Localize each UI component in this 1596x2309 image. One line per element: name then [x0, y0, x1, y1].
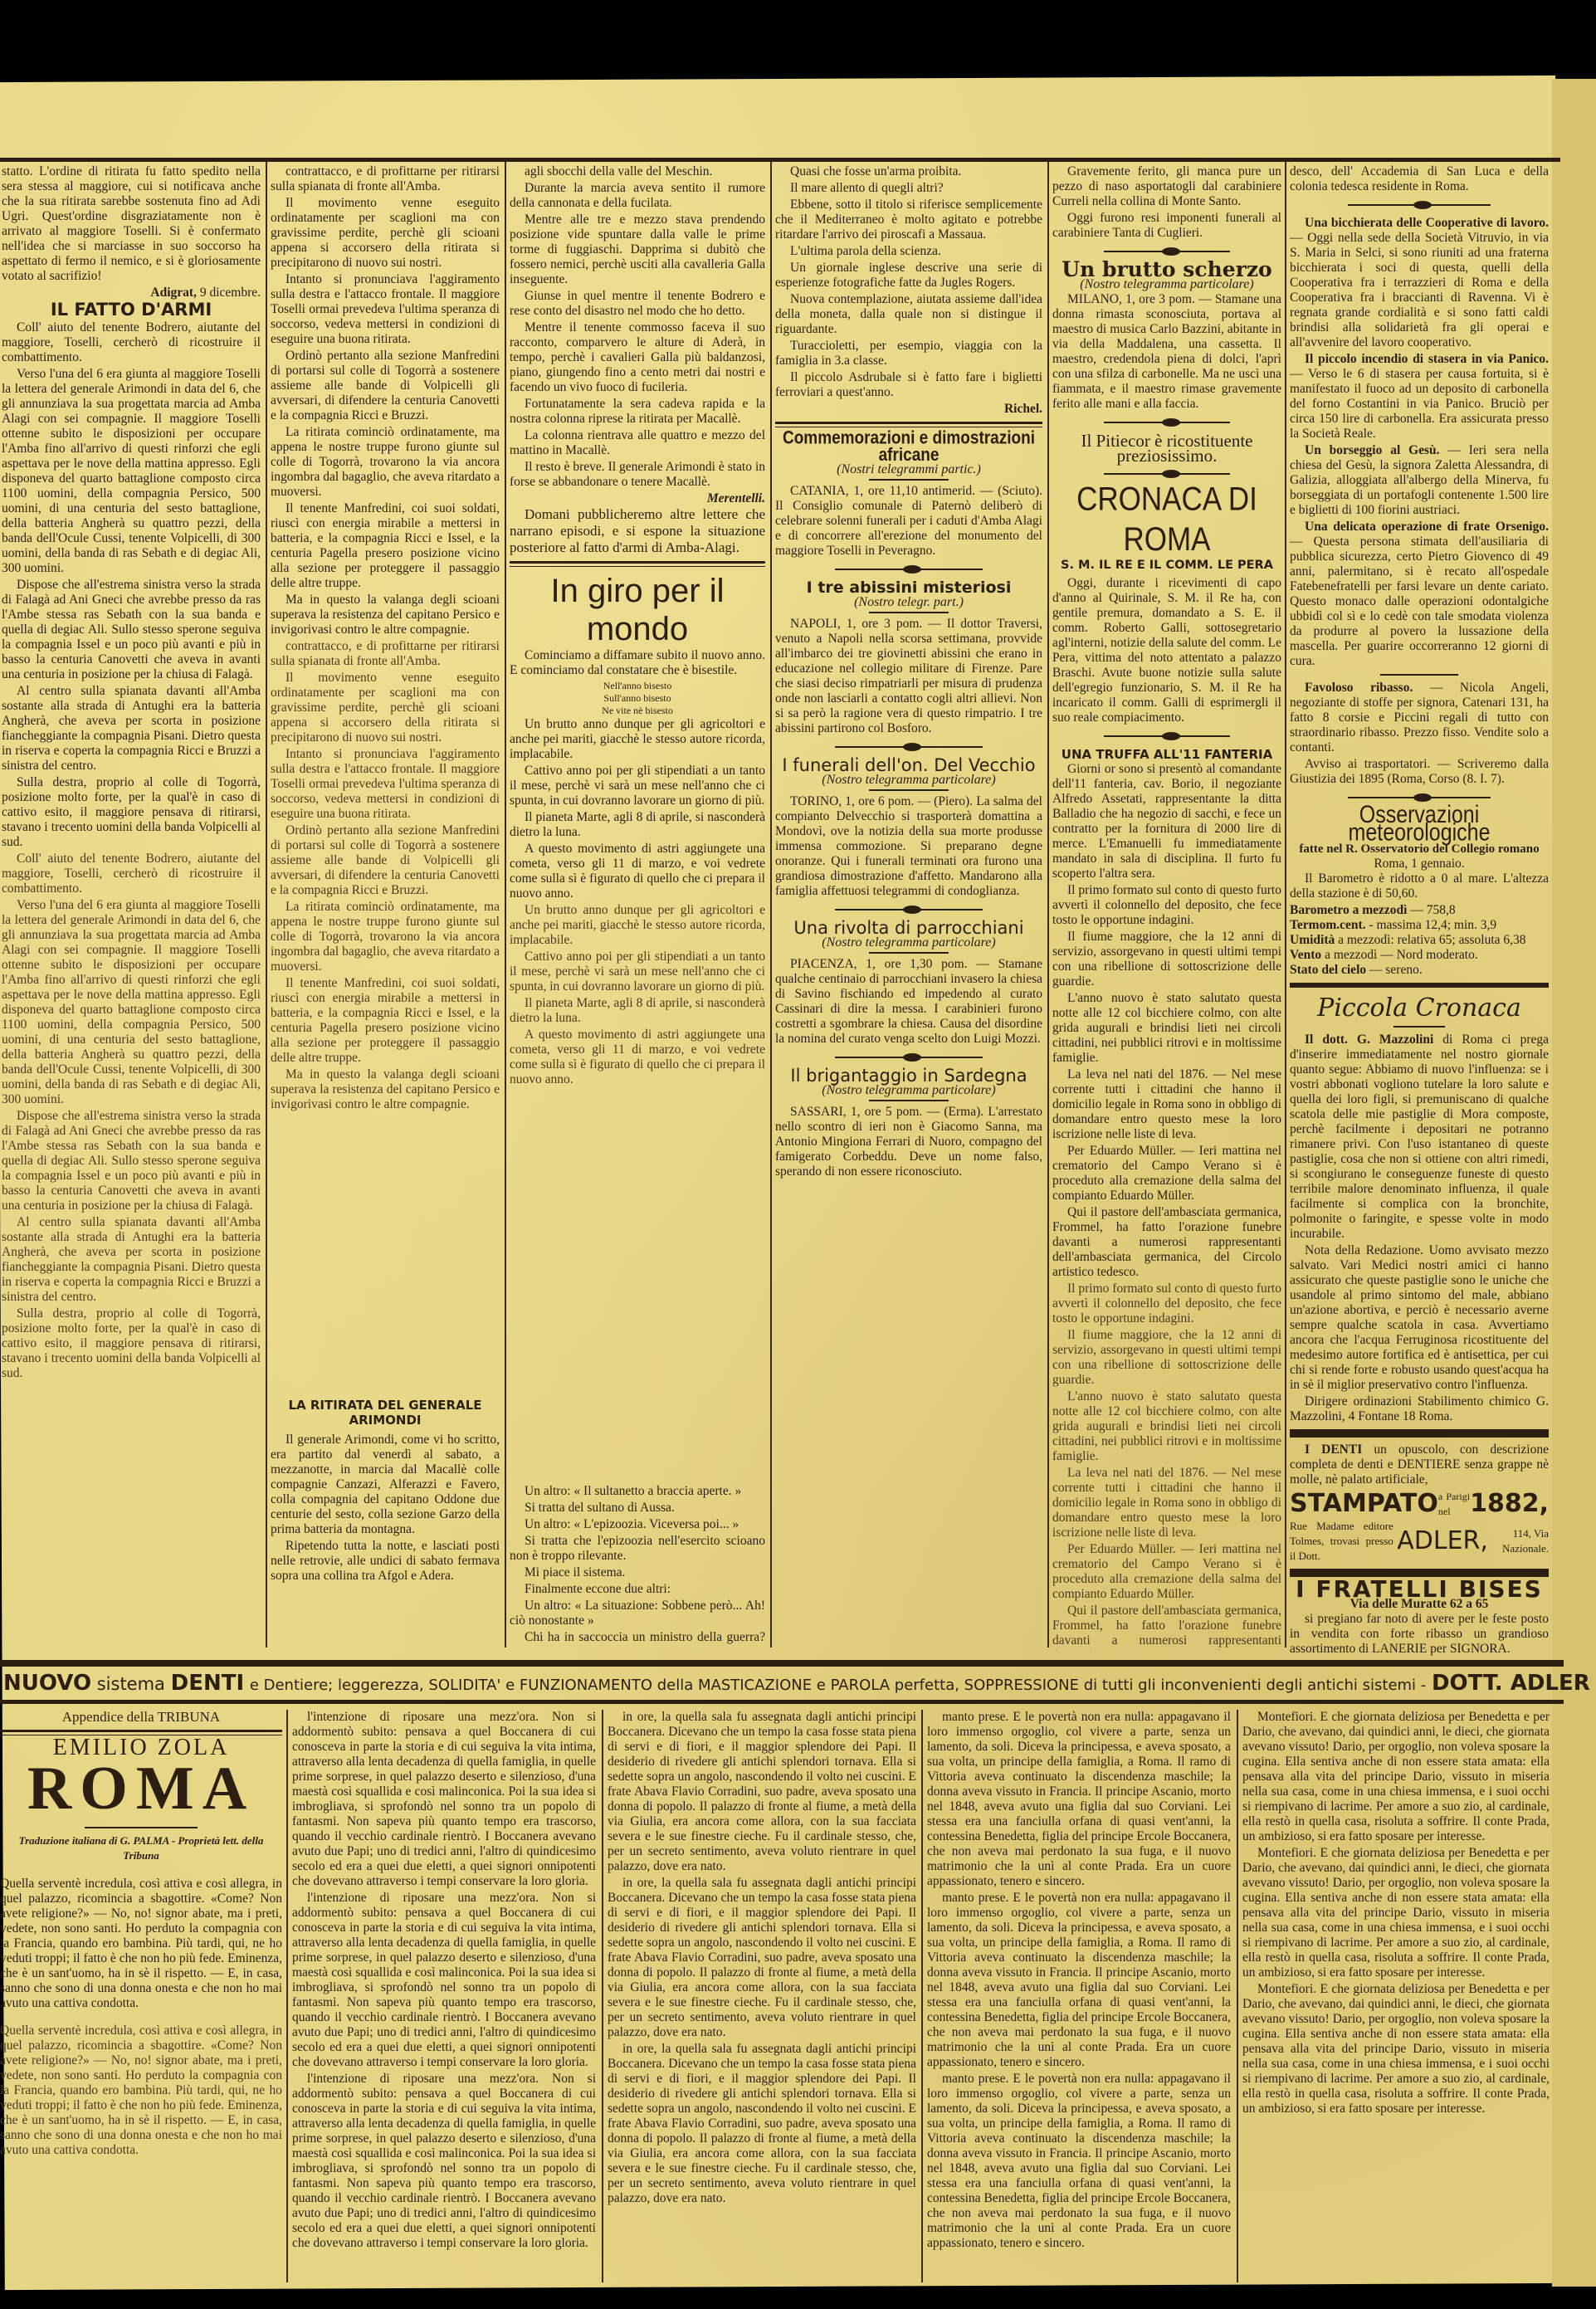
signature: Richel. [775, 402, 1042, 417]
appendice-credit: Traduzione italiana di G. PALMA - Propri… [0, 1833, 282, 1863]
news-item: Una delicata operazione di frate Orsenig… [1290, 520, 1549, 669]
paragraph: Un altro: « La situazione: Sobbene però.… [510, 1599, 765, 1628]
paragraph: Fortunatamente la sera cadeva rapida e l… [510, 397, 765, 427]
ornament-divider [835, 904, 982, 915]
paragraph: Il movimento venne eseguito ordinatament… [271, 196, 500, 271]
paragraph: Si tratta che l'epizoozia nell'esercito … [510, 1534, 765, 1564]
reading-label: Barometro a mezzodì [1290, 903, 1407, 917]
paragraph: Il movimento venne eseguito ordinatament… [271, 671, 500, 745]
column-3: agli sbocchi della valle del Meschin.Dur… [510, 164, 765, 1650]
signature: Merentelli. [510, 491, 765, 506]
paragraph: Verso l'una del 6 era giunta al maggiore… [2, 898, 261, 1107]
paragraph: Il pianeta Marte, agli 8 di aprile, si n… [510, 810, 765, 840]
section-rule [1290, 983, 1549, 988]
verse-line: Sull'anno bisesto [510, 692, 765, 705]
paragraph: in ore, la quella sala fu assegnata dagl… [608, 1710, 916, 1874]
paragraph: Quella serventè incredula, così attiva e… [0, 2023, 282, 2158]
article-text: NAPOLI, 1, ore 3 pom. — Il dottor Traver… [775, 617, 1042, 736]
article-body-continued: Il primo formato sul conto di questo fur… [1052, 1281, 1281, 1650]
appendice-title: ROMA [0, 1755, 282, 1822]
meteo-reading: Vento a mezzodì — Nord moderato. [1290, 948, 1549, 963]
paragraph: Al centro sulla spianata davanti all'Amb… [2, 684, 261, 774]
paragraph: Intanto si pronunciava l'aggiramento sul… [271, 747, 500, 822]
column-1: statto. L'ordine di ritirata fu fatto sp… [2, 164, 261, 1650]
paragraph: in ore, la quella sala fu assegnata dagl… [608, 2042, 916, 2206]
paragraph: Ordinò pertanto alla sezione Manfredini … [271, 823, 500, 898]
paragraph: Cattivo anno poi per gli stipendiati a u… [510, 949, 765, 994]
reading-value: a mezzodì: relativa 65; assoluta 6,38 [1335, 933, 1525, 947]
paragraph: Coll' aiuto del tenente Bodrero, aiutant… [2, 320, 261, 365]
paragraph: Turaccioletti, per esempio, viaggia con … [775, 339, 1042, 369]
paragraph: La leva nel nati del 1876. — Nel mese co… [1052, 1466, 1281, 1540]
paragraph: Un altro: « L'epizoozia. Viceversa poi..… [510, 1517, 765, 1532]
page-edge [1552, 79, 1596, 2287]
item-lead: Un borseggio al Gesù. [1305, 443, 1440, 457]
adler-ad: I DENTI un opuscolo, con descrizione com… [1290, 1443, 1549, 1564]
ritirata-section: LA RITIRATA DEL GENERALE ARIMONDI Il gen… [271, 1393, 500, 1585]
article-text: statto. L'ordine di ritirata fu fatto sp… [2, 164, 261, 284]
news-items: Una bicchierata delle Cooperative di lav… [1290, 216, 1549, 669]
section-title: Piccola Cronaca [1290, 993, 1549, 1024]
ad-title: I FRATELLI BISES [1290, 1582, 1549, 1597]
paragraph: contrattacco, e di profittarne per ritir… [271, 639, 500, 669]
paragraph: Ripetendo tutta la notte, e lasciati pos… [271, 1539, 500, 1584]
column-4: Quasi che fosse un'arma proibita.Il mare… [775, 164, 1042, 1650]
paragraph: Per Eduardo Müller. — Ieri mattina nel c… [1052, 1144, 1281, 1203]
appendice-section: Appendice della TRIBUNA EMILIO ZOLA ROMA… [0, 1710, 282, 2171]
article-body: Coll' aiuto del tenente Bodrero, aiutant… [2, 320, 261, 850]
paragraph: manto prese. E le povertà non era nulla:… [927, 1891, 1231, 2070]
article-text: Giorni or sono si presentò al comandante… [1052, 762, 1281, 881]
column-rule [1285, 162, 1286, 1648]
article-text: TORINO, 1, ore 6 pom. — (Piero). La salm… [775, 794, 1042, 899]
paragraph: Qui il pastore dell'ambasciata germanica… [1052, 1604, 1281, 1650]
divider [869, 952, 949, 954]
paragraph: La ritirata cominciò ordinatamente, ma a… [271, 425, 500, 500]
paragraph: agli sbocchi della valle del Meschin. [510, 164, 765, 179]
reading-label: Stato del cielo [1290, 963, 1366, 977]
item-lead: Il piccolo incendio di stasera in via Pa… [1305, 352, 1549, 366]
paragraph: Il pianeta Marte, agli 8 di aprile, si n… [510, 996, 765, 1026]
column-rule [602, 1710, 603, 2282]
article-headline: I funerali dell'on. Del Vecchio [775, 758, 1042, 773]
paragraph: Il generale Arimondi, come vi ho scritto… [271, 1433, 500, 1537]
column-rule [1047, 162, 1049, 1648]
article-headline: Una rivolta di parrocchiani [775, 920, 1042, 935]
item-body: — Oggi nella sede della Società Vitruvio… [1290, 231, 1549, 349]
paragraph: Montefiori. E che giornata deliziosa per… [1242, 1846, 1550, 1980]
column-rule [1237, 1710, 1238, 2282]
banner-denti: DENTI [171, 1671, 245, 1696]
divider [869, 1100, 949, 1101]
ad-year: 1882, [1470, 1496, 1549, 1511]
divider [869, 479, 949, 481]
paragraph: Quasi che fosse un'arma proibita. [775, 164, 1042, 179]
article-text: PIACENZA, 1, ore 1,30 pom. — Stamane qua… [775, 957, 1042, 1047]
column-rule [286, 1710, 288, 2282]
ad-small: Rue Madame editore Tolmes, trovasi press… [1290, 1519, 1393, 1564]
paragraph: Il fiume maggiore, che la 12 anni di ser… [1052, 930, 1281, 989]
ornament-divider [1104, 417, 1230, 428]
paragraph: Intanto si pronunciava l'aggiramento sul… [271, 272, 500, 347]
adler-banner: NUOVO sistema DENTI e Dentiere; leggerez… [0, 1660, 1564, 1704]
paragraph: Il resto è breve. Il generale Arimondi è… [510, 460, 765, 490]
article-body: agli sbocchi della valle del Meschin.Dur… [510, 164, 765, 490]
paragraph: La colonna rientrava alle quattro e mezz… [510, 428, 765, 458]
ornament-divider [835, 1052, 982, 1063]
paragraph: La leva nel nati del 1876. — Nel mese co… [1052, 1067, 1281, 1142]
quotes-list: Un altro: « Il sultanetto a braccia aper… [510, 1484, 765, 1650]
appendice-column: manto prese. E le povertà non era nulla:… [927, 1710, 1231, 2282]
paragraph: manto prese. E le povertà non era nulla:… [927, 2072, 1231, 2251]
article-body-continued: Un brutto anno dunque per gli agricoltor… [510, 903, 765, 1087]
item-lead: Una delicata operazione di frate Orsenig… [1305, 520, 1549, 534]
paragraph: Giunse in quel mentre il tenente Bodrero… [510, 289, 765, 319]
paragraph: Durante la marcia aveva sentito il rumor… [510, 181, 765, 211]
column-6: desco, dell' Accademia di San Luca e del… [1290, 164, 1549, 1658]
ornament-divider [835, 741, 982, 753]
article-body: Quasi che fosse un'arma proibita.Il mare… [775, 164, 1042, 400]
paragraph: Dispose che all'estrema sinistra verso l… [2, 578, 261, 682]
dateline-date: 9 dicembre. [200, 286, 261, 300]
article-headline: UNA TRUFFA ALL'11 FANTERIA [1052, 747, 1281, 762]
address-text: Dirigere ordinazioni Stabilimento chimic… [1290, 1394, 1549, 1424]
article-subtitle: (Nostro telegr. part.) [775, 595, 1042, 610]
paragraph: Ma in questo la valanga degli scioani su… [271, 1067, 500, 1112]
section-rule [510, 561, 765, 567]
divider [869, 612, 949, 613]
section-intro: Cominciamo a diffamare subito il nuovo a… [510, 648, 765, 678]
paragraph: Finalmente eccone due altri: [510, 1582, 765, 1597]
item-lead: Il dott. G. Mazzolini [1305, 1032, 1433, 1047]
divider [1380, 674, 1458, 676]
meteo-reading: Termom.cent. - massima 12,4; min. 3,9 [1290, 918, 1549, 933]
reading-value: - massima 12,4; min. 3,9 [1366, 918, 1497, 932]
meteo-readings: Barometro a mezzodì — 758,8Termom.cent. … [1290, 903, 1549, 978]
meteo-reading: Barometro a mezzodì — 758,8 [1290, 903, 1549, 918]
paragraph: contrattacco, e di profittarne per ritir… [271, 164, 500, 194]
paragraph: Un brutto anno dunque per gli agricoltor… [510, 717, 765, 762]
section-rule [1290, 1429, 1549, 1438]
ornament-divider [1104, 246, 1230, 257]
paragraph: Ebbene, sotto il titolo si riferisce sem… [775, 198, 1042, 242]
dateline-place: Adigrat, [150, 286, 197, 300]
item-lead: Favoloso ribasso. [1305, 681, 1413, 695]
paragraph: A questo movimento di astri aggiungete u… [510, 842, 765, 901]
news-item: Una bicchierata delle Cooperative di lav… [1290, 216, 1549, 350]
paragraph: Per Eduardo Müller. — Ieri mattina nel c… [1052, 1542, 1281, 1602]
paragraph: Un altro: « Il sultanetto a braccia aper… [510, 1484, 765, 1499]
paragraph: in ore, la quella sala fu assegnata dagl… [608, 1876, 916, 2040]
reading-value: — sereno. [1366, 963, 1423, 977]
appendice-column: in ore, la quella sala fu assegnata dagl… [608, 1710, 916, 2282]
article-text: Oggi, durante i ricevimenti di capo d'an… [1052, 576, 1281, 725]
article-text: MILANO, 1, ore 3 pom. — Stamane una donn… [1052, 292, 1281, 412]
pitiecor-notice: Il Pitiecor è ricostituente preziosissim… [1052, 433, 1281, 463]
top-rule [0, 158, 1560, 162]
paragraph: La ritirata cominciò ordinatamente, ma a… [271, 900, 500, 974]
paragraph: Un brutto anno dunque per gli agricoltor… [510, 903, 765, 948]
verse-line: Nell'anno bisesto [510, 680, 765, 692]
paragraph: Ordinò pertanto alla sezione Manfredini … [271, 349, 500, 423]
ad-address: 114, Via Nazionale. [1491, 1526, 1549, 1556]
banner-lead: NUOVO [3, 1671, 91, 1696]
article-body: Il primo formato sul conto di questo fur… [1052, 883, 1281, 1280]
ornament-divider [1104, 730, 1230, 742]
paragraph: Al centro sulla spianata davanti all'Amb… [2, 1215, 261, 1305]
divider [869, 789, 949, 791]
article-headline: I tre abissini misteriosi [775, 580, 1042, 595]
paragraph: Chi ha in saccoccia un ministro della gu… [510, 1630, 765, 1650]
paragraph: Verso l'una del 6 era giunta al maggiore… [2, 367, 261, 576]
paragraph: l'intenzione di riposare una mezz'ora. N… [292, 1710, 596, 1889]
paragraph: Il primo formato sul conto di questo fur… [1052, 1281, 1281, 1326]
meteo-note: Il Barometro è ridotto a 0 al mare. L'al… [1290, 871, 1549, 901]
paragraph: Mi piace il sistema. [510, 1565, 765, 1580]
article-body: Un brutto anno dunque per gli agricoltor… [510, 717, 765, 901]
article-body-continued: contrattacco, e di profittarne per ritir… [271, 639, 500, 1112]
verse-line: Ne vite nè bisesto [510, 705, 765, 717]
reading-label: Termom.cent. [1290, 918, 1366, 932]
ad-body: si pregiano far noto di avere per le fes… [1290, 1612, 1549, 1657]
column-5: Gravemente ferito, gli manca pure un pez… [1052, 164, 1281, 1650]
paragraph: Sulla destra, proprio al colle di Togorr… [2, 775, 261, 850]
paragraph: Mentre il tenente commosso faceva il suo… [510, 320, 765, 395]
item-lead: Una bicchierata delle Cooperative di lav… [1305, 216, 1549, 230]
article-text: desco, dell' Accademia di San Luca e del… [1290, 164, 1549, 194]
article-body: Gravemente ferito, gli manca pure un pez… [1052, 164, 1281, 241]
news-item: Il piccolo incendio di stasera in via Pa… [1290, 352, 1549, 442]
ornament-divider [835, 564, 982, 575]
column-2: contrattacco, e di profittarne per ritir… [271, 164, 500, 1650]
section-title: In giro per il mondo [510, 572, 765, 648]
banner-doctor: DOTT. ADLER [1432, 1671, 1590, 1696]
paragraph: L'anno nuovo è stato salutato questa not… [1052, 991, 1281, 1066]
editorial-note: Nota della Redazione. Uomo avvisato mezz… [1290, 1243, 1549, 1393]
paragraph: Montefiori. E che giornata deliziosa per… [1242, 1982, 1550, 2116]
verse: Nell'anno bisestoSull'anno bisestoNe vit… [510, 680, 765, 717]
ornament-divider [1348, 199, 1491, 211]
ad-small: a Parigi nel [1438, 1489, 1470, 1519]
paragraph: Ma in questo la valanga degli scioani su… [271, 593, 500, 637]
dateline: Adigrat, 9 dicembre. [2, 286, 261, 300]
reading-value: — 758,8 [1407, 903, 1455, 917]
paragraph: Si tratta del sultano di Aussa. [510, 1501, 765, 1516]
column-rule [921, 1710, 923, 2282]
column-rule [505, 162, 506, 1648]
article-headline: Commemorazioni e dimostrazioni africane [775, 430, 1042, 464]
meteo-date: Roma, 1 gennaio. [1290, 857, 1549, 871]
article-headline: Un brutto scherzo [1052, 262, 1281, 277]
paragraph: Mentre alle tre e mezzo stava prendendo … [510, 212, 765, 287]
news-item: Un borseggio al Gesù. — Ieri sera nella … [1290, 443, 1549, 518]
paragraph: Il piccolo Asdrubale si è fatto fare i b… [775, 370, 1042, 400]
divider [1393, 1026, 1445, 1028]
ornament-divider [1104, 468, 1230, 480]
paragraph: Qui il pastore dell'ambasciata germanica… [1052, 1205, 1281, 1280]
article-headline: LA RITIRATA DEL GENERALE ARIMONDI [271, 1398, 500, 1428]
paragraph: Il mare allento di quegli altri? [775, 181, 1042, 196]
paragraph: Il primo formato sul conto di questo fur… [1052, 883, 1281, 928]
item-body: — Questa persona stimata dell'ausiliaria… [1290, 535, 1549, 668]
meteo-reading: Umidità a mezzodì: relativa 65; assoluta… [1290, 933, 1549, 948]
appendice-body-continued: Quella serventè incredula, così attiva e… [0, 2023, 282, 2158]
reading-label: Vento [1290, 948, 1321, 962]
article-headline: IL FATTO D'ARMI [2, 302, 261, 317]
column-rule [266, 162, 267, 1648]
meteo-reading: Stato del cielo — sereno. [1290, 963, 1549, 978]
article-subtitle: (Nostro telegramma particolare) [1052, 277, 1281, 292]
paragraph: Il fiume maggiore, che la 12 anni di ser… [1052, 1328, 1281, 1388]
paragraph: l'intenzione di riposare una mezz'ora. N… [292, 2072, 596, 2251]
section-rule [775, 422, 1042, 427]
banner-text: e Dentiere; leggerezza, SOLIDITA' e FUNZ… [250, 1677, 1426, 1694]
reading-value: a mezzodì — Nord moderato. [1321, 948, 1478, 962]
article-body: Il generale Arimondi, come vi ho scritto… [271, 1433, 500, 1584]
article-text: Domani pubblicheremo altre lettere che n… [510, 506, 765, 556]
appendice-author: EMILIO ZOLA [0, 1740, 282, 1755]
paragraph: L'ultima parola della scienza. [775, 244, 1042, 259]
article-body-continued: Coll' aiuto del tenente Bodrero, aiutant… [2, 852, 261, 1381]
paragraph: Dispose che all'estrema sinistra verso l… [2, 1109, 261, 1213]
paragraph: Cattivo anno poi per gli stipendiati a u… [510, 764, 765, 808]
section-title: CRONACA DI ROMA [1052, 480, 1281, 560]
article-body: contrattacco, e di profittarne per ritir… [271, 164, 500, 637]
paragraph: Montefiori. E che giornata deliziosa per… [1242, 1710, 1550, 1844]
paragraph: Oggi furono resi imponenti funerali al c… [1052, 211, 1281, 241]
paragraph: Il tenente Manfredini, coi suoi soldati,… [271, 976, 500, 1066]
column-rule [770, 162, 772, 1648]
item-body: di Roma ci prega d'inserire immediatamen… [1290, 1032, 1549, 1241]
article-headline: S. M. IL RE E IL COMM. LE PERA [1052, 558, 1281, 573]
paragraph: A questo movimento di astri aggiungete u… [510, 1028, 765, 1087]
article-headline: Il brigantaggio in Sardegna [775, 1068, 1042, 1083]
ad-lead: I DENTI [1305, 1443, 1362, 1457]
notice-text: Avviso ai trasportatori. — Scriveremo da… [1290, 757, 1549, 786]
meteo-title: Osservazioni meteorologiche [1290, 805, 1549, 841]
paragraph: manto prese. E le povertà non era nulla:… [927, 1710, 1231, 1889]
article-text: SASSARI, 1, ore 5 pom. — (Erma). L'arres… [775, 1105, 1042, 1179]
ad-doctor-name: ADLER, [1397, 1534, 1488, 1549]
paragraph: Gravemente ferito, gli manca pure un pez… [1052, 164, 1281, 209]
appendice-column: l'intenzione di riposare una mezz'ora. N… [292, 1710, 596, 2282]
paragraph: Un giornale inglese descrive una serie d… [775, 261, 1042, 290]
appendice-label: Appendice della TRIBUNA [0, 1710, 282, 1725]
banner-text: sistema [97, 1674, 165, 1694]
paragraph: L'anno nuovo è stato salutato questa not… [1052, 1389, 1281, 1464]
paragraph: Nuova contemplazione, aiutata assieme da… [775, 292, 1042, 337]
appendice-body: Quella serventè incredula, così attiva e… [0, 1877, 282, 2011]
reading-label: Umidità [1290, 933, 1335, 947]
paragraph: l'intenzione di riposare una mezz'ora. N… [292, 1891, 596, 2070]
paragraph: Coll' aiuto del tenente Bodrero, aiutant… [2, 852, 261, 896]
telegram-articles: Commemorazioni e dimostrazioni africane(… [775, 432, 1042, 1179]
divider [85, 1827, 198, 1828]
appendice-column: Montefiori. E che giornata deliziosa per… [1242, 1710, 1550, 2282]
article-text: CATANIA, 1, ore 11,10 antimerid. — (Sciu… [775, 484, 1042, 559]
paragraph: Sulla destra, proprio al colle di Togorr… [2, 1306, 261, 1381]
bises-ad: I FRATELLI BISES Via delle Muratte 62 a … [1290, 1582, 1549, 1658]
ad-stampato: STAMPATO [1290, 1496, 1438, 1511]
item-body: — Verso le 6 di stasera per causa fortui… [1290, 367, 1549, 441]
paragraph: Il tenente Manfredini, coi suoi soldati,… [271, 501, 500, 591]
